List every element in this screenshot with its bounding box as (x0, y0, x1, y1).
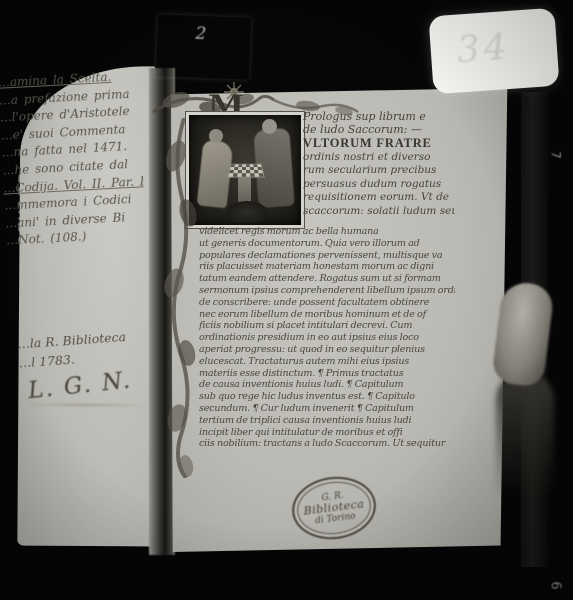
white-card-label: 34 (428, 8, 559, 95)
manuscript-text-line: ficiis nobilium si placet intitulari dec… (199, 320, 455, 332)
manuscript-text-line: rum secularium precibus (303, 164, 455, 177)
manuscript-text-line: elucescat. Tractaturus autem mihi eius i… (199, 356, 455, 368)
manuscript-text-line: videlicet regis morum ac bella humana (199, 226, 455, 238)
card-number: 34 (455, 27, 512, 72)
film-frame-number-top: 7 (549, 151, 563, 159)
manuscript-text-line: incipit liber qui intitulatur de moribus… (199, 427, 455, 439)
manuscript-text-line: aperiat progressu: ut quod in eo sequitu… (199, 344, 455, 356)
manuscript-side-column: ordinis nostri et diversorum secularium … (303, 151, 455, 218)
manuscript-rubric: Prologus sup librum ede ludo Saccorum: — (303, 110, 455, 137)
manuscript-text-line: sermonum ipsius comprehenderent libellum… (199, 285, 455, 297)
rubric-line: de ludo Saccorum: — (303, 123, 455, 136)
chessboard (227, 164, 265, 178)
manuscript-text-line: ordinis nostri et diverso (303, 151, 455, 164)
manuscript-text-line: tertium de triplici causa inventionis hu… (199, 415, 455, 427)
paper-tab-label: 2 (156, 14, 251, 80)
manuscript-text-line: populares declamationes pervenissent, mu… (199, 250, 455, 262)
manuscript-text-line: persuasus dudum rogatus (303, 178, 455, 191)
manuscript-text-line: sub quo rege hic ludus inventus est. ¶ C… (199, 391, 455, 403)
manuscript-text-line: ordinationis presidium in eo aut ipsius … (199, 332, 455, 344)
manuscript-text-line: secundum. ¶ Cur ludum invenerit ¶ Capitu… (199, 403, 455, 415)
chess-player-left-head (209, 129, 223, 143)
manuscript-text-line: riis placuisset materiam honestam morum … (199, 261, 455, 273)
manuscript-text-line: ut generis documentorum. Quia vero illor… (199, 238, 455, 250)
manuscript-text-line: requisitionem eorum. Vt de (303, 191, 455, 204)
manuscript-text-line: de causa inventionis huius ludi. ¶ Capit… (199, 379, 455, 391)
miniature-foreground (227, 201, 267, 223)
manuscript-body-text: videlicet regis morum ac bella humanaut … (199, 226, 455, 450)
manuscript-text-line: materiis esse distinctum. ¶ Primus tract… (199, 368, 455, 380)
manuscript-incipit: VLTORUM FRATRE (303, 136, 458, 151)
chess-player-right-head (262, 119, 277, 134)
finger-shadow (496, 372, 554, 522)
archival-photo-of-manuscript: GEVAER 7 6 …amina la Scelta.…a prefazion… (0, 0, 573, 600)
manuscript-text-line: scaccorum: solatii ludum seu (303, 205, 455, 218)
film-frame-number-bottom: 6 (548, 581, 563, 589)
margin-foliage-ornament (162, 118, 202, 478)
manuscript-text-line: de conscribere: unde possent facultatem … (199, 297, 455, 309)
chess-players-miniature (186, 112, 304, 228)
left-page-handwritten-note: …amina la Scelta.…a prefazione prima…l'o… (0, 68, 147, 251)
rubric-line: Prologus sup librum e (303, 110, 455, 123)
tab-number: 2 (195, 24, 207, 44)
manuscript-text-line: tatum eandem attendere. Rogatus sum ut s… (199, 273, 455, 285)
manuscript-text-line: ciis nobilium: tractans a ludo Scaccorum… (199, 438, 455, 450)
manuscript-text-line: nec eorum libellum de moribus hominum et… (199, 309, 455, 321)
page-crease (18, 404, 152, 407)
